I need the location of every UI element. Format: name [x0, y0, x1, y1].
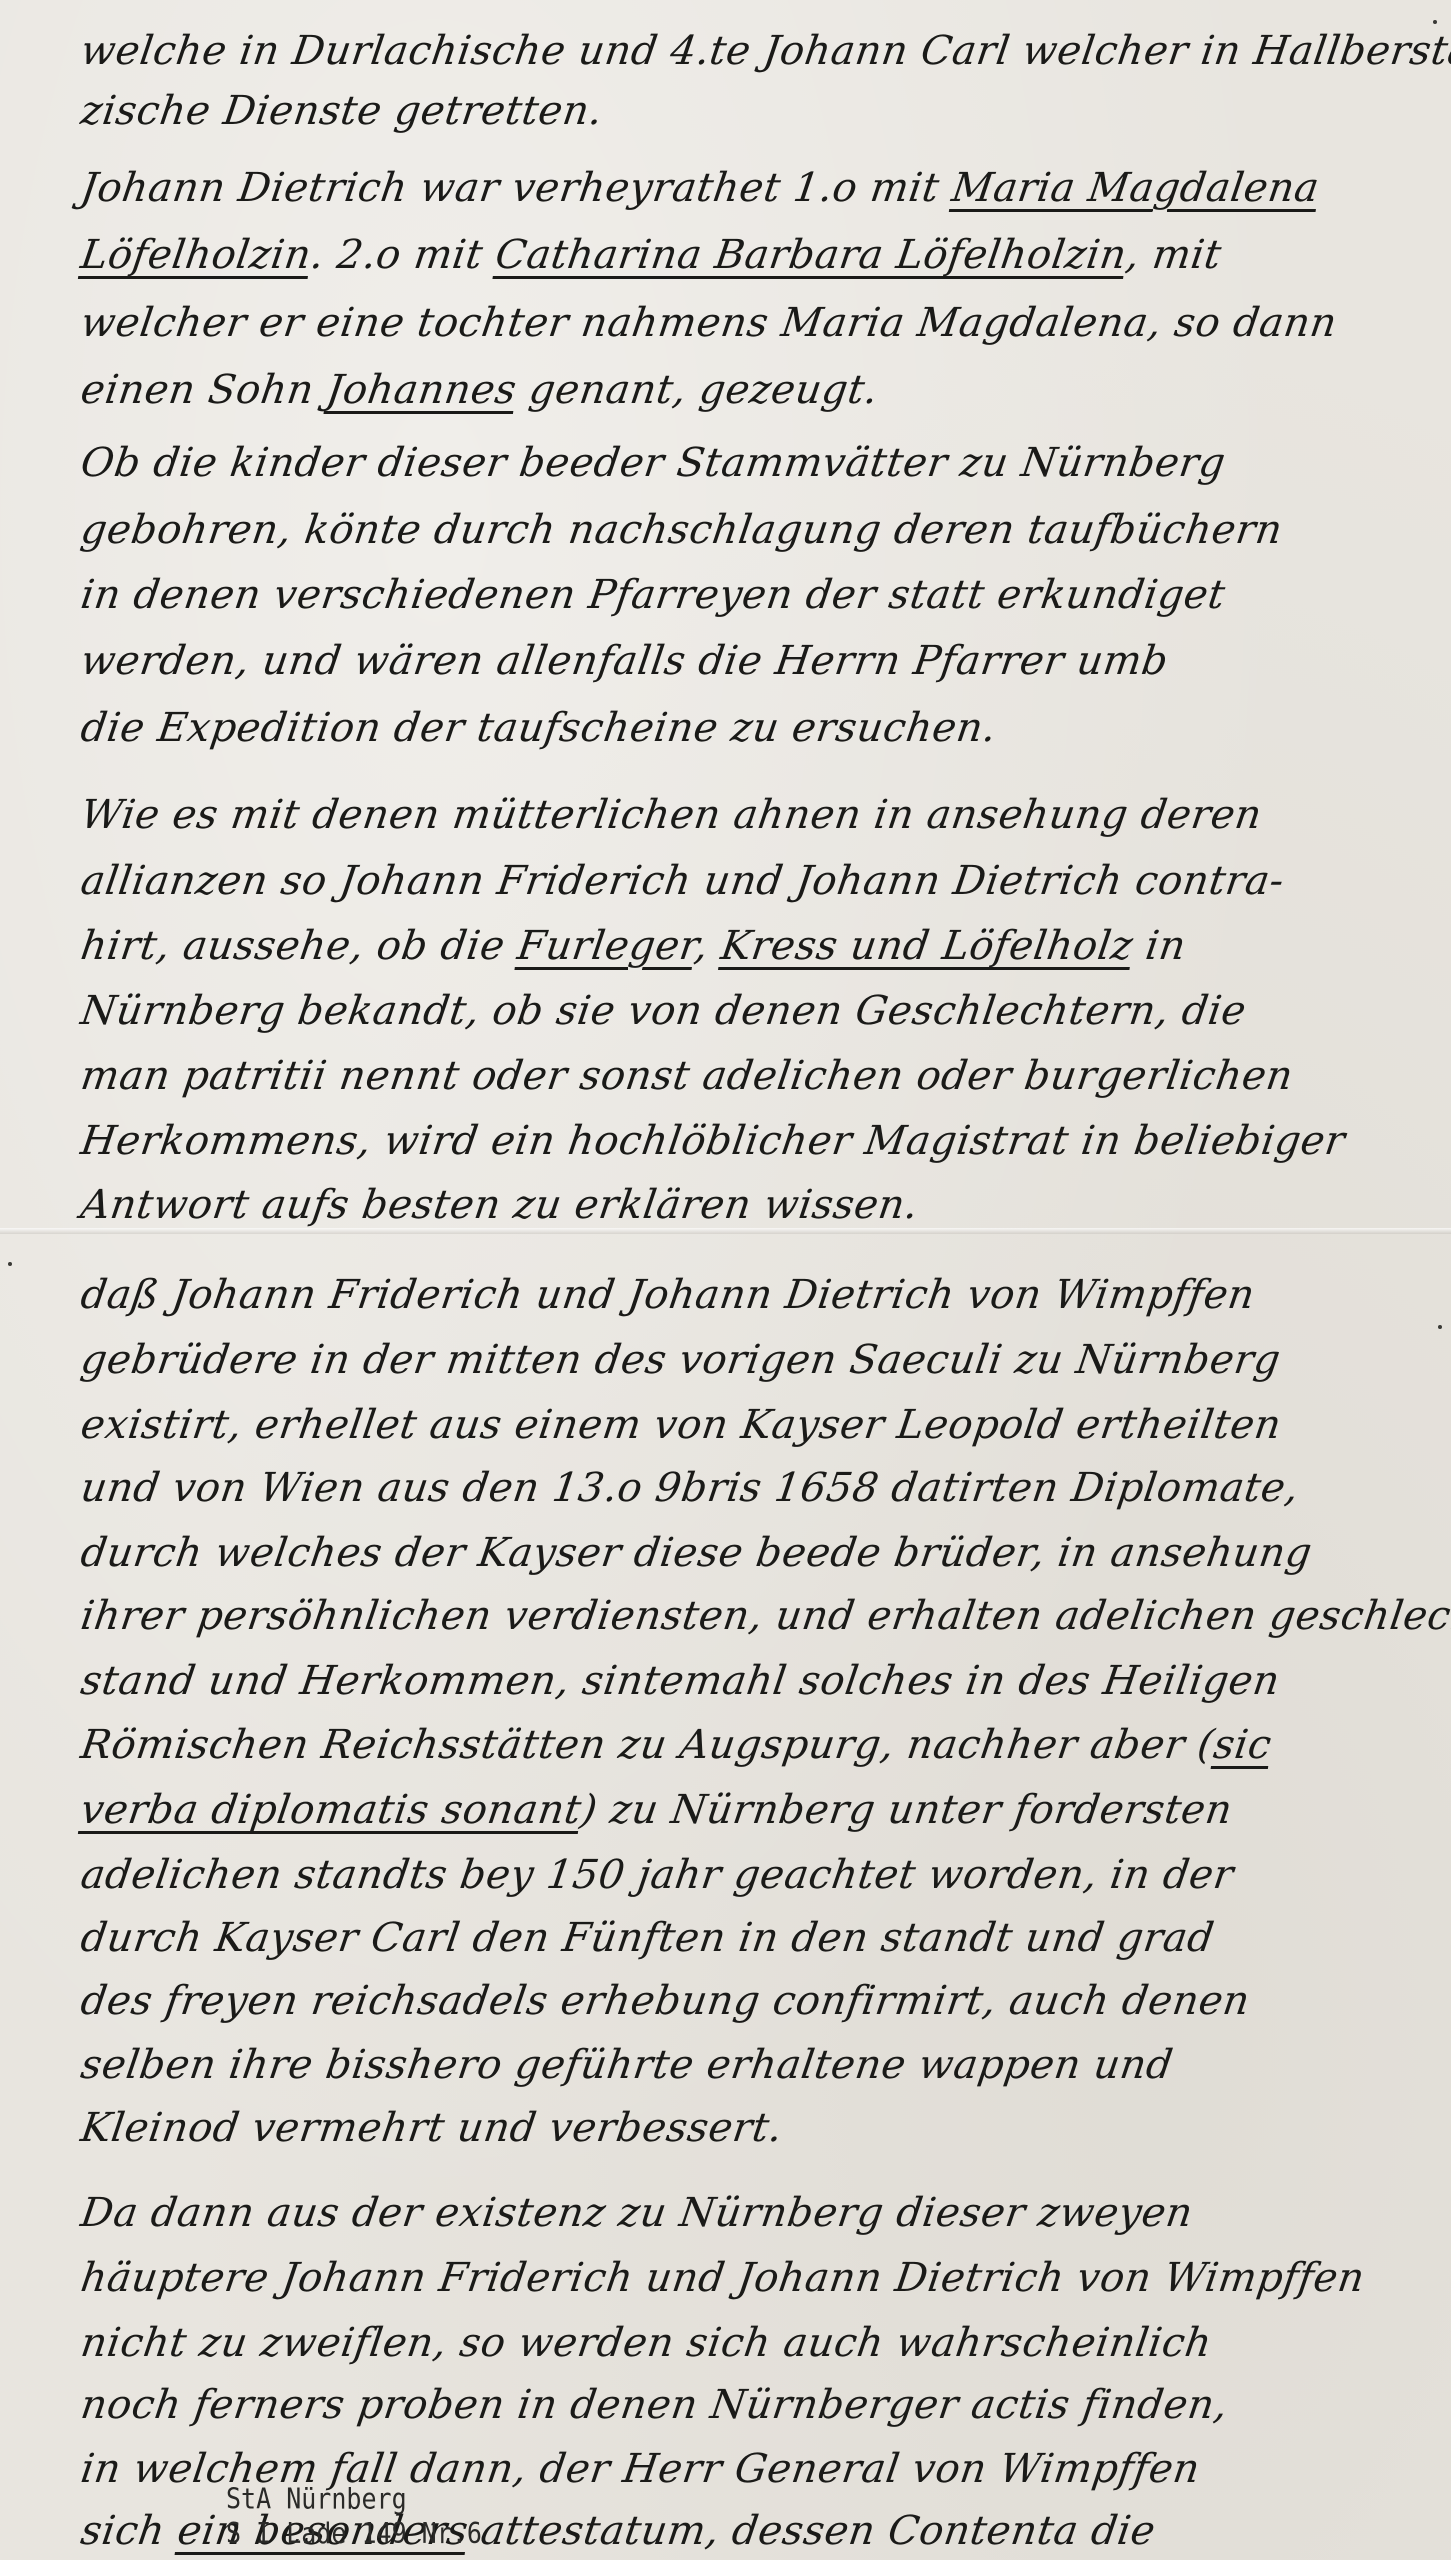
manuscript-line: hirt, aussehe, ob die Furleger, Kress un…	[78, 923, 1189, 969]
manuscript-line: verba diplomatis sonant) zu Nürnberg unt…	[78, 1787, 1235, 1833]
manuscript-line: allianzen so Johann Friderich und Johann…	[78, 858, 1287, 904]
manuscript-line: Johann Dietrich war verheyrathet 1.o mit…	[78, 165, 1322, 211]
manuscript-line: gebohren, könte durch nachschlagung dere…	[78, 507, 1285, 553]
archive-stamp: StA Nürnberg S I Lade 149 Nr.6	[226, 2482, 482, 2551]
manuscript-line: Nürnberg bekandt, ob sie von denen Gesch…	[78, 988, 1249, 1034]
manuscript-line: Löfelholzin. 2.o mit Catharina Barbara L…	[78, 232, 1224, 278]
manuscript-line: durch Kayser Carl den Fünften in den sta…	[78, 1915, 1217, 1961]
manuscript-line: durch welches der Kayser diese beede brü…	[78, 1530, 1315, 1576]
ink-speck	[1433, 20, 1437, 24]
underlined-phrase: Löfelholzin	[78, 232, 314, 278]
manuscript-line: Antwort aufs besten zu erklären wissen.	[78, 1182, 921, 1228]
manuscript-line: selben ihre bisshero geführte erhaltene …	[78, 2042, 1176, 2088]
manuscript-line: die Expedition der taufscheine zu ersuch…	[78, 705, 999, 751]
manuscript-line: werden, und wären allenfalls die Herrn P…	[78, 638, 1171, 684]
ink-speck	[8, 1262, 12, 1266]
manuscript-line: Herkommens, wird ein hochlöblicher Magis…	[78, 1118, 1348, 1164]
manuscript-line: stand und Herkommen, sintemahl solches i…	[78, 1658, 1283, 1704]
manuscript-line: existirt, erhellet aus einem von Kayser …	[78, 1402, 1284, 1448]
manuscript-line: Ob die kinder dieser beeder Stammvätter …	[78, 440, 1228, 486]
underlined-phrase: Kress und Löfelholz	[718, 923, 1136, 969]
manuscript-line: noch ferners proben in denen Nürnberger …	[78, 2382, 1231, 2428]
underlined-phrase: Furleger	[515, 923, 699, 969]
manuscript-line: und von Wien aus den 13.o 9bris 1658 dat…	[78, 1465, 1302, 1511]
underlined-phrase: sic	[1211, 1722, 1275, 1768]
manuscript-line: einen Sohn Johannes genant, gezeugt.	[78, 367, 881, 413]
underlined-phrase: verba diplomatis sonant	[78, 1787, 584, 1833]
archive-stamp-line-1: StA Nürnberg	[226, 2482, 482, 2517]
manuscript-line: Kleinod vermehrt und verbessert.	[78, 2105, 786, 2151]
ink-speck	[1438, 1325, 1442, 1329]
manuscript-line: des freyen reichsadels erhebung confirmi…	[78, 1978, 1253, 2024]
manuscript-line: in denen verschiedenen Pfarreyen der sta…	[78, 572, 1228, 618]
manuscript-line: ihrer persöhnlichen verdiensten, und erh…	[78, 1593, 1451, 1639]
document-page: welche in Durlachische und 4.te Johann C…	[0, 0, 1451, 2560]
manuscript-line: welcher er eine tochter nahmens Maria Ma…	[78, 300, 1340, 346]
manuscript-line: Wie es mit denen mütterlichen ahnen in a…	[78, 792, 1265, 838]
manuscript-line: daß Johann Friderich und Johann Dietrich…	[78, 1272, 1258, 1318]
manuscript-line: gebrüdere in der mitten des vorigen Saec…	[78, 1337, 1283, 1383]
underlined-phrase: Maria Magdalena	[949, 165, 1322, 211]
manuscript-line: adelichen standts bey 150 jahr geachtet …	[78, 1852, 1237, 1898]
manuscript-line: man patritii nennt oder sonst adelichen …	[78, 1053, 1296, 1099]
archive-stamp-line-2: S I Lade 149 Nr.6	[226, 2517, 482, 2552]
manuscript-line: Da dann aus der existenz zu Nürnberg die…	[78, 2190, 1196, 2236]
paper-fold-crease	[0, 1228, 1451, 1234]
manuscript-line: nicht zu zweiflen, so werden sich auch w…	[78, 2320, 1215, 2366]
manuscript-line: häuptere Johann Friderich und Johann Die…	[78, 2255, 1368, 2301]
manuscript-line: welche in Durlachische und 4.te Johann C…	[78, 28, 1451, 74]
manuscript-line: zische Dienste getretten.	[78, 88, 606, 134]
manuscript-line: Römischen Reichsstätten zu Augspurg, nac…	[78, 1722, 1274, 1768]
underlined-phrase: Catharina Barbara Löfelholzin	[493, 232, 1130, 278]
underlined-phrase: Johannes	[324, 367, 520, 413]
